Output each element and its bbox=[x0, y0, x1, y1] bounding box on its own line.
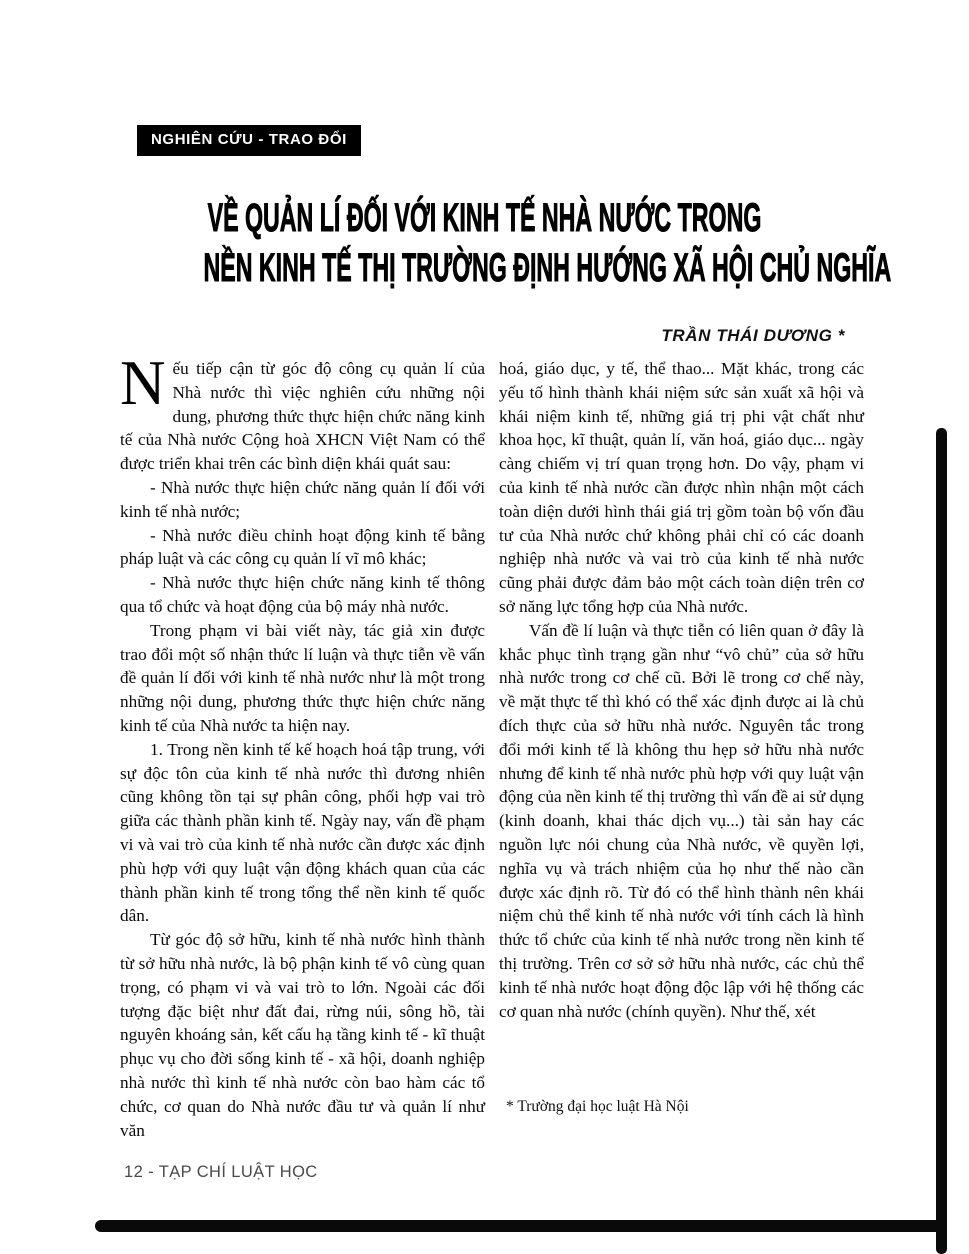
paragraph: - Nhà nước thực hiện chức năng quản lí đ… bbox=[120, 476, 485, 524]
article-body: Nếu tiếp cận từ góc độ công cụ quản lí c… bbox=[120, 357, 864, 1142]
paragraph: - Nhà nước thực hiện chức năng kinh tế t… bbox=[120, 571, 485, 619]
article-title: VỀ QUẢN LÍ ĐỐI VỚI KINH TẾ NHÀ NƯỚC TRON… bbox=[0, 193, 969, 293]
paragraph: hoá, giáo dục, y tế, thể thao... Mặt khá… bbox=[499, 357, 864, 619]
paragraph: 1. Trong nền kinh tế kế hoạch hoá tập tr… bbox=[120, 738, 485, 928]
paragraph: Vấn đề lí luận và thực tiễn có liên quan… bbox=[499, 619, 864, 1024]
paragraph: - Nhà nước điều chỉnh hoạt động kinh tế … bbox=[120, 524, 485, 572]
article-title-line1: VỀ QUẢN LÍ ĐỐI VỚI KINH TẾ NHÀ NƯỚC TRON… bbox=[203, 193, 765, 243]
paragraph: Nếu tiếp cận từ góc độ công cụ quản lí c… bbox=[120, 357, 485, 476]
page-footer: 12 - TẠP CHÍ LUẬT HỌC bbox=[124, 1163, 318, 1182]
paragraph: Trong phạm vi bài viết này, tác giả xin … bbox=[120, 619, 485, 738]
author-footnote: * Trường đại học luật Hà Nội bbox=[506, 1098, 866, 1116]
paragraph: Từ góc độ sở hữu, kinh tế nhà nước hình … bbox=[120, 928, 485, 1142]
article-title-line2: NỀN KINH TẾ THỊ TRƯỜNG ĐỊNH HƯỚNG XÃ HỘI… bbox=[203, 243, 765, 293]
scan-edge-right bbox=[936, 428, 947, 1254]
section-badge: NGHIÊN CỨU - TRAO ĐỔI bbox=[137, 125, 361, 156]
paragraph-text: ếu tiếp cận từ góc độ công cụ quản lí củ… bbox=[120, 359, 485, 473]
drop-cap: N bbox=[120, 357, 173, 407]
author-byline: TRẦN THÁI DƯƠNG * bbox=[661, 326, 845, 346]
scan-edge-bottom bbox=[95, 1220, 947, 1232]
column-left: Nếu tiếp cận từ góc độ công cụ quản lí c… bbox=[120, 357, 485, 1142]
column-right: hoá, giáo dục, y tế, thể thao... Mặt khá… bbox=[499, 357, 864, 1142]
journal-page: NGHIÊN CỨU - TRAO ĐỔI VỀ QUẢN LÍ ĐỐI VỚI… bbox=[0, 0, 969, 1254]
